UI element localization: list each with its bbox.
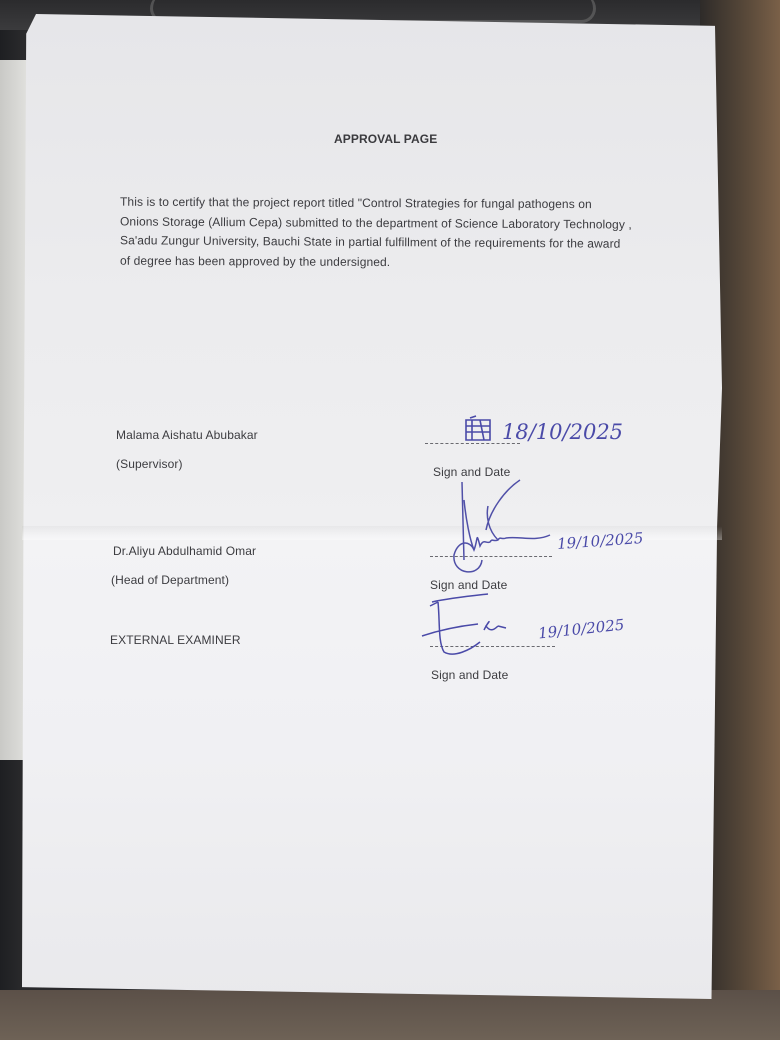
hod-signature [440,480,560,580]
supervisor-role: (Supervisor) [116,457,183,471]
supervisor-sign-label: Sign and Date [433,465,510,479]
paragraph-line: This is to certify that the project repo… [120,193,632,215]
external-examiner-signature [420,592,540,662]
approval-page-sheet [22,14,722,999]
hod-name: Dr.Aliyu Abdulhamid Omar [113,544,256,558]
supervisor-name: Malama Aishatu Abubakar [116,428,258,442]
paragraph-line: Sa'adu Zungur University, Bauchi State i… [120,231,632,254]
external-examiner-title: EXTERNAL EXAMINER [110,633,241,647]
hod-sign-label: Sign and Date [430,578,507,592]
supervisor-signature [462,416,496,444]
supervisor-date: 18/10/2025 [502,420,623,444]
page-title: APPROVAL PAGE [334,132,437,146]
paragraph-line: of degree has been approved by the under… [120,251,632,273]
certification-paragraph: This is to certify that the project repo… [120,194,632,272]
hod-role: (Head of Department) [111,573,229,587]
external-examiner-sign-label: Sign and Date [431,668,508,682]
